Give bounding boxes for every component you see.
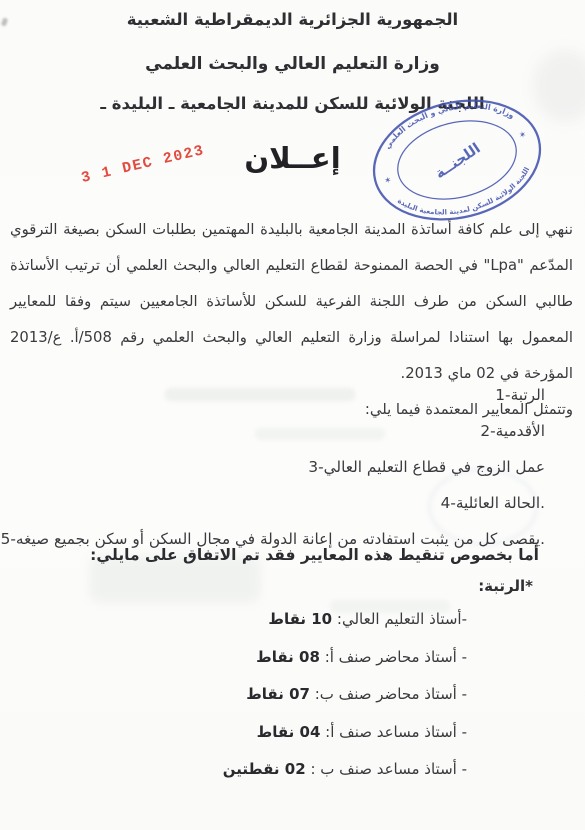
rank-row: -أستاذ التعليم العالي: 10 نقاط [223, 601, 467, 639]
rank-points-list: -أستاذ التعليم العالي: 10 نقاط - أستاذ م… [223, 601, 467, 789]
rank-row: - أستاذ محاضر صنف أ: 08 نقاط [223, 639, 467, 677]
criteria-item-text: 4-الحالة العائلية. [441, 494, 545, 512]
criteria-item-text: 1-الرتبة [495, 386, 545, 404]
header-ministry-line: وزارة التعليم العالي والبحث العلمي [0, 54, 585, 74]
scoring-intro: أما بخصوص تنقيط هذه المعايير فقد تم الات… [90, 546, 539, 564]
criteria-item: 3-عمل الزوج في قطاع التعليم العالي [8, 449, 545, 485]
rank-label: - أستاذ مساعد صنف ب : [310, 760, 467, 778]
rank-points: 08 نقاط [256, 648, 320, 666]
header-republic-line: الجمهورية الجزائرية الديمقراطية الشعبية [0, 10, 585, 29]
rank-section-heading: *الرتبة: [478, 577, 533, 595]
rank-label: - أستاذ مساعد صنف أ: [325, 723, 467, 741]
paragraph-text: ننهي إلى علم كافة أساتذة المدينة الجامعي… [10, 221, 573, 382]
criteria-item: 2-الأقدمية [8, 413, 545, 449]
seal-star-icon: ✶ [518, 130, 527, 141]
rank-label: - أستاذ محاضر صنف ب: [315, 685, 467, 703]
seal-center-text: اللجنــة [432, 141, 483, 183]
rank-points: 04 نقاط [257, 723, 321, 741]
rank-row: - أستاذ مساعد صنف ب : 02 نقطتين [223, 751, 467, 789]
criteria-list: 1-الرتبة 2-الأقدمية 3-عمل الزوج في قطاع … [8, 377, 545, 557]
rank-points: 02 نقطتين [223, 760, 306, 778]
rank-label: -أستاذ التعليم العالي: [337, 610, 467, 628]
rank-label: - أستاذ محاضر صنف أ: [325, 648, 467, 666]
seal-star-icon: ✶ [383, 175, 392, 186]
rank-row: - أستاذ محاضر صنف ب: 07 نقاط [223, 676, 467, 714]
criteria-item-text: 3-عمل الزوج في قطاع التعليم العالي [308, 458, 545, 476]
rank-points: 10 نقاط [268, 610, 332, 628]
rank-row: - أستاذ مساعد صنف أ: 04 نقاط [223, 714, 467, 752]
criteria-item: 1-الرتبة [8, 377, 545, 413]
rank-points: 07 نقاط [246, 685, 310, 703]
criteria-item-text: 2-الأقدمية [480, 422, 545, 440]
scanned-announcement-page: الجمهورية الجزائرية الديمقراطية الشعبية … [0, 0, 585, 830]
criteria-item: 4-الحالة العائلية. [8, 485, 545, 521]
